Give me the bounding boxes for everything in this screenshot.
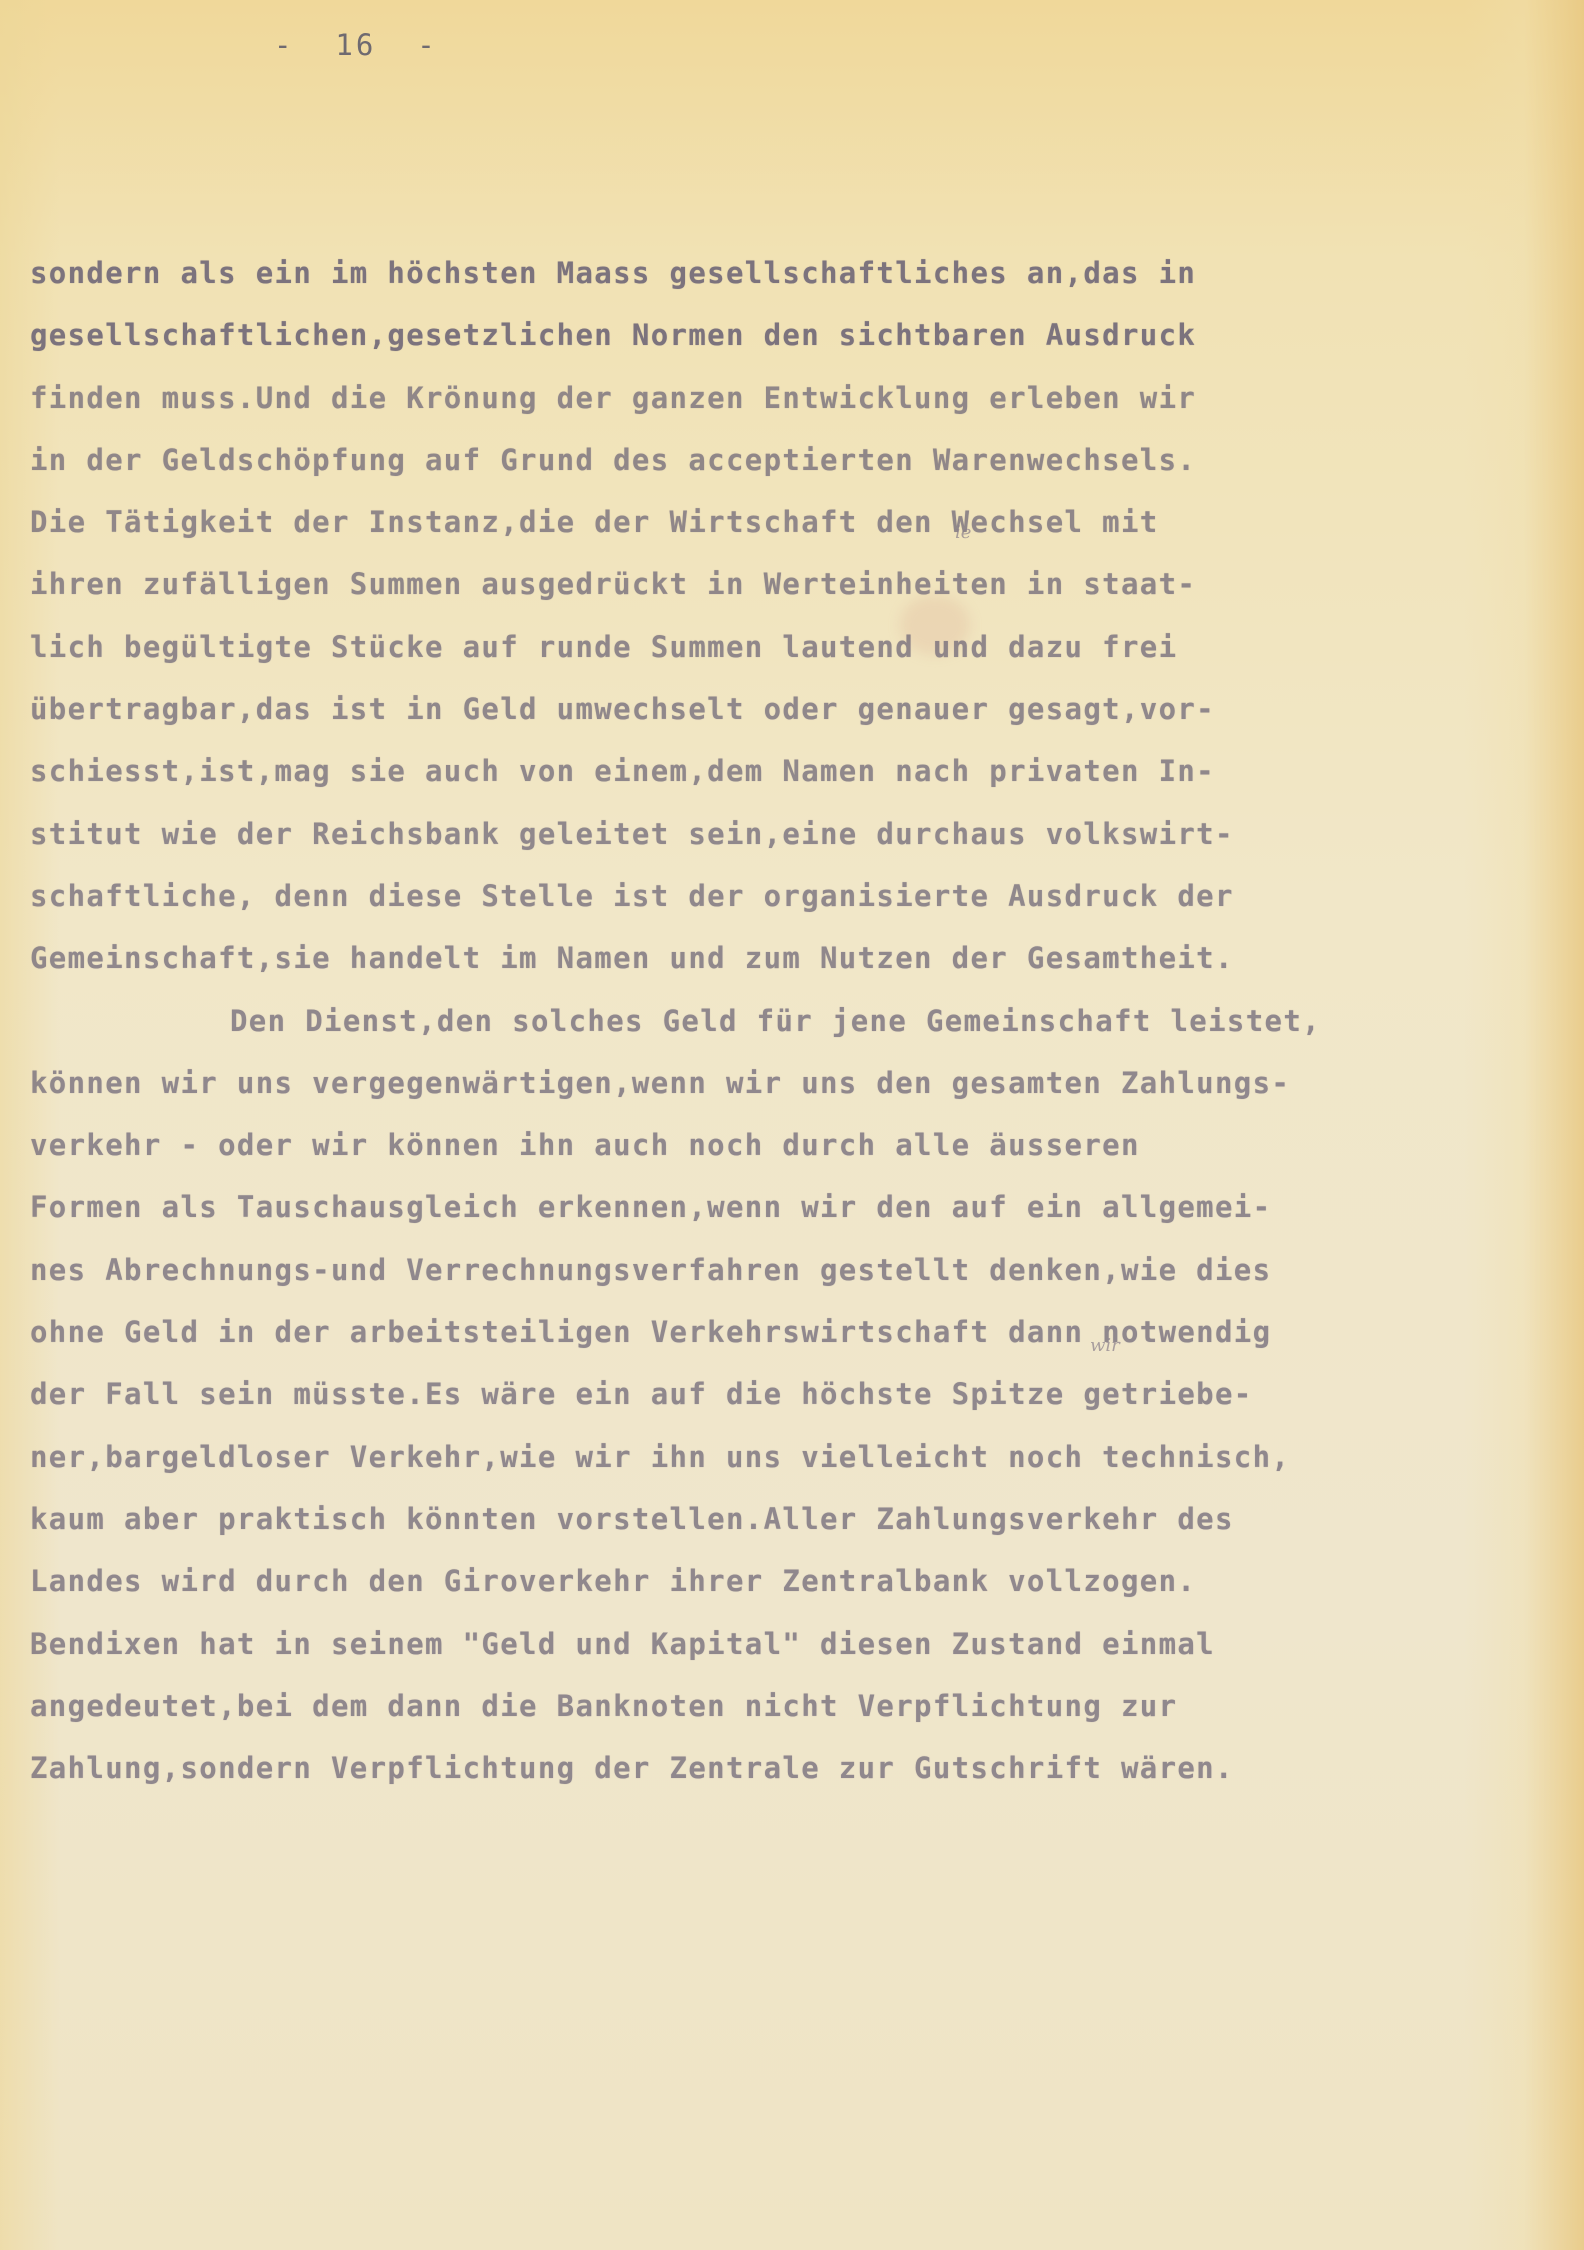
text-line: schaftliche, denn diese Stelle ist der o… [30,865,1540,927]
text-line: Landes wird durch den Giroverkehr ihrer … [30,1550,1540,1612]
text-line: lich begültigte Stücke auf runde Summen … [30,616,1540,678]
text-line: Gemeinschaft,sie handelt im Namen und zu… [30,927,1540,989]
text-line: ner,bargeldloser Verkehr,wie wir ihn uns… [30,1426,1540,1488]
text-line: ohne Geld in der arbeitsteiligen Verkehr… [30,1301,1540,1363]
text-line: in der Geldschöpfung auf Grund des accep… [30,429,1540,491]
text-line: kaum aber praktisch könnten vorstellen.A… [30,1488,1540,1550]
text-line: übertragbar,das ist in Geld umwechselt o… [30,678,1540,740]
paragraph-2: Den Dienst,den solches Geld für jene Gem… [30,990,1540,1800]
text-line: der Fall sein müsste.Es wäre ein auf die… [30,1363,1540,1425]
paragraph-1: sondern als ein im höchsten Maass gesell… [30,242,1540,990]
body-text: sondern als ein im höchsten Maass gesell… [30,242,1540,1799]
text-line: Zahlung,sondern Verpflichtung der Zentra… [30,1737,1540,1799]
page-number: - 16 - [274,28,438,62]
text-line: stitut wie der Reichsbank geleitet sein,… [30,803,1540,865]
handwritten-annotation: ie [955,522,971,543]
text-line: gesellschaftlichen,gesetzlichen Normen d… [30,304,1540,366]
text-line: verkehr - oder wir können ihn auch noch … [30,1114,1540,1176]
text-line: angedeutet,bei dem dann die Banknoten ni… [30,1675,1540,1737]
text-line: Den Dienst,den solches Geld für jene Gem… [30,990,1540,1052]
text-line: sondern als ein im höchsten Maass gesell… [30,242,1540,304]
text-line: nes Abrechnungs-und Verrechnungsverfahre… [30,1239,1540,1301]
text-line: Die Tätigkeit der Instanz,die der Wirtsc… [30,491,1540,553]
document-page: - 16 - sondern als ein im höchsten Maass… [0,0,1584,2250]
text-line: finden muss.Und die Krönung der ganzen E… [30,367,1540,429]
text-line: ihren zufälligen Summen ausgedrückt in W… [30,553,1540,615]
handwritten-annotation: wir [1090,1335,1120,1356]
text-line: Formen als Tauschausgleich erkennen,wenn… [30,1176,1540,1238]
text-line: können wir uns vergegenwärtigen,wenn wir… [30,1052,1540,1114]
text-line: Bendixen hat in seinem "Geld und Kapital… [30,1613,1540,1675]
text-line: schiesst,ist,mag sie auch von einem,dem … [30,740,1540,802]
